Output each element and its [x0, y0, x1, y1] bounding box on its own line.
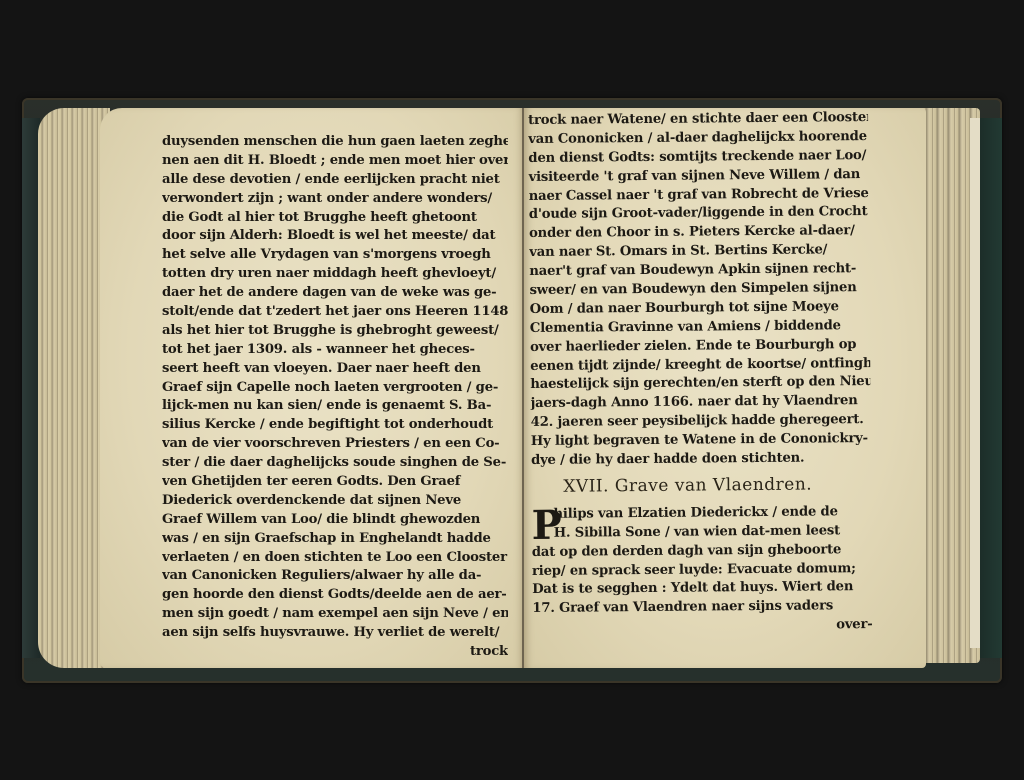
paragraph: P hilips van Elzatien Diederickx / ende …	[531, 503, 872, 638]
text-line: Clementia Gravinne van Amiens / biddende	[530, 317, 870, 339]
drop-cap: P	[531, 506, 561, 546]
text-line: seert heeft van vloeyen. Daer naer heeft…	[162, 360, 508, 379]
text-line: van de vier voorschreven Priesters / en …	[162, 435, 508, 454]
text-line: Graef sijn Capelle noch laeten vergroote…	[162, 379, 508, 398]
text-line: van Canonicken Reguliers/alwaer hy alle …	[162, 567, 508, 586]
text-line: visiteerde 't graf van sijnen Neve Wille…	[528, 166, 868, 188]
text-line: lijck-men nu kan sien/ ende is genaemt S…	[162, 397, 508, 416]
right-page-edges	[922, 108, 980, 663]
text-line: ven Ghetijden ter eeren Godts. Den Graef	[162, 473, 508, 492]
right-page-text: trock naer Watene/ en stichte daer een C…	[528, 109, 873, 638]
catchword: over-	[532, 616, 872, 638]
text-line: verwondert zijn ; want onder andere wond…	[162, 190, 508, 209]
text-line: ster / die daer daghelijcks soude singhe…	[162, 454, 508, 473]
text-line: verlaeten / en doen stichten te Loo een …	[162, 549, 508, 568]
chapter-heading: XVII. Grave van Vlaendren.	[531, 475, 871, 502]
text-line: nen aen dit H. Bloedt ; ende men moet hi…	[162, 152, 508, 171]
text-line: was / en sijn Graefschap in Enghelandt h…	[162, 530, 508, 549]
text-line: dye / die hy daer hadde doen stichten.	[531, 449, 871, 471]
text-line: alle dese devotien / ende eerlijcken pra…	[162, 171, 508, 190]
text-line: gen hoorde den dienst Godts/deelde aen d…	[162, 586, 508, 605]
text-line: H. Sibilla Sone / van wien dat-men leest	[532, 522, 872, 544]
text-line: men sijn goedt / nam exempel aen sijn Ne…	[162, 605, 508, 624]
text-line: over haerlieder zielen. Ende te Bourburg…	[530, 336, 870, 358]
text-line: silius Kercke / ende begiftight tot onde…	[162, 416, 508, 435]
text-line: den dienst Godts: somtijts treckende nae…	[528, 147, 868, 169]
text-line: als het hier tot Brugghe is ghebroght ge…	[162, 322, 508, 341]
left-page-text: duysenden menschen die hun gaen laeten z…	[162, 133, 508, 662]
text-line: Hy light begraven te Watene in de Cononi…	[531, 430, 871, 452]
text-line: die Godt al hier tot Brugghe heeft gheto…	[162, 209, 508, 228]
text-line: 17. Graef van Vlaendren naer sijns vader…	[532, 597, 872, 619]
text-line: door sijn Alderh: Bloedt is wel het mees…	[162, 227, 508, 246]
text-line: het selve alle Vrydagen van s'morgens vr…	[162, 246, 508, 265]
text-line: daer het de andere dagen van de weke was…	[162, 284, 508, 303]
text-line: Diederick overdenckende dat sijnen Neve	[162, 492, 508, 511]
text-line: tot het jaer 1309. als - wanneer het ghe…	[162, 341, 508, 360]
text-line: Graef Willem van Loo/ die blindt ghewozd…	[162, 511, 508, 530]
left-page: duysenden menschen die hun gaen laeten z…	[100, 108, 524, 668]
text-line: aen sijn selfs huysvrauwe. Hy verliet de…	[162, 624, 508, 643]
text-line: stolt/ende dat t'zedert het jaer ons Hee…	[162, 303, 508, 322]
text-line: dat op den derden dagh van sijn gheboort…	[532, 541, 872, 563]
text-line: totten dry uren naer middagh heeft ghevl…	[162, 265, 508, 284]
text-line: duysenden menschen die hun gaen laeten z…	[162, 133, 508, 152]
catchword: trock	[162, 643, 508, 662]
right-page: trock naer Watene/ en stichte daer een C…	[524, 108, 926, 668]
